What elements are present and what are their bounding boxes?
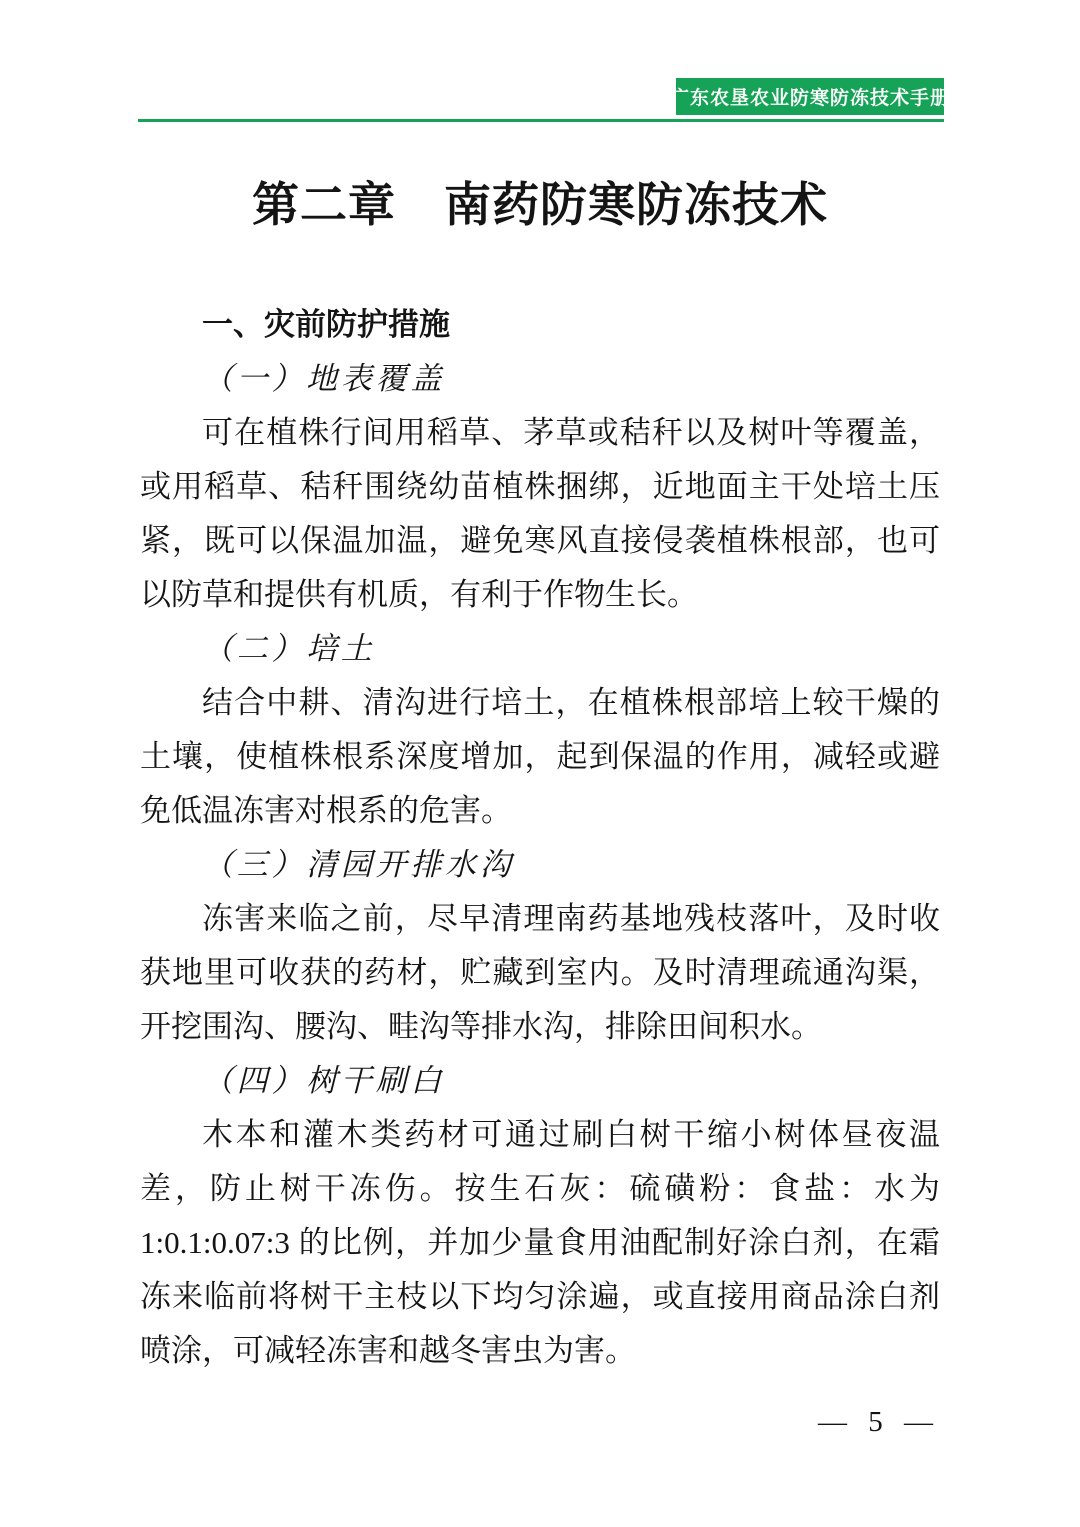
- header-manual-badge: 广东农垦农业防寒防冻技术手册: [676, 78, 944, 115]
- paragraph: 木本和灌木类药材可通过刷白树干缩小树体昼夜温差，防止树干冻伤。按生石灰：硫磺粉：…: [140, 1108, 940, 1378]
- document-page: 广东农垦农业防寒防冻技术手册 第二章 南药防寒防冻技术 一、灾前防护措施 （一）…: [0, 0, 1080, 1527]
- paragraph: 可在植株行间用稻草、茅草或秸秆以及树叶等覆盖，或用稻草、秸秆围绕幼苗植株捆绑，近…: [140, 406, 940, 622]
- subsection-heading: （三）清园开排水沟: [140, 838, 940, 892]
- section-heading: 一、灾前防护措施: [140, 298, 940, 352]
- header-divider-line: [138, 119, 944, 122]
- page-number: — 5 —: [818, 1406, 940, 1439]
- subsection-heading: （四）树干刷白: [140, 1054, 940, 1108]
- paragraph: 结合中耕、清沟进行培土，在植株根部培上较干燥的土壤，使植株根系深度增加，起到保温…: [140, 676, 940, 838]
- chapter-title: 第二章 南药防寒防冻技术: [140, 178, 940, 234]
- page-content: 第二章 南药防寒防冻技术 一、灾前防护措施 （一）地表覆盖 可在植株行间用稻草、…: [140, 178, 940, 1378]
- subsection-heading: （一）地表覆盖: [140, 352, 940, 406]
- subsection-heading: （二）培土: [140, 622, 940, 676]
- paragraph: 冻害来临之前，尽早清理南药基地残枝落叶，及时收获地里可收获的药材，贮藏到室内。及…: [140, 892, 940, 1054]
